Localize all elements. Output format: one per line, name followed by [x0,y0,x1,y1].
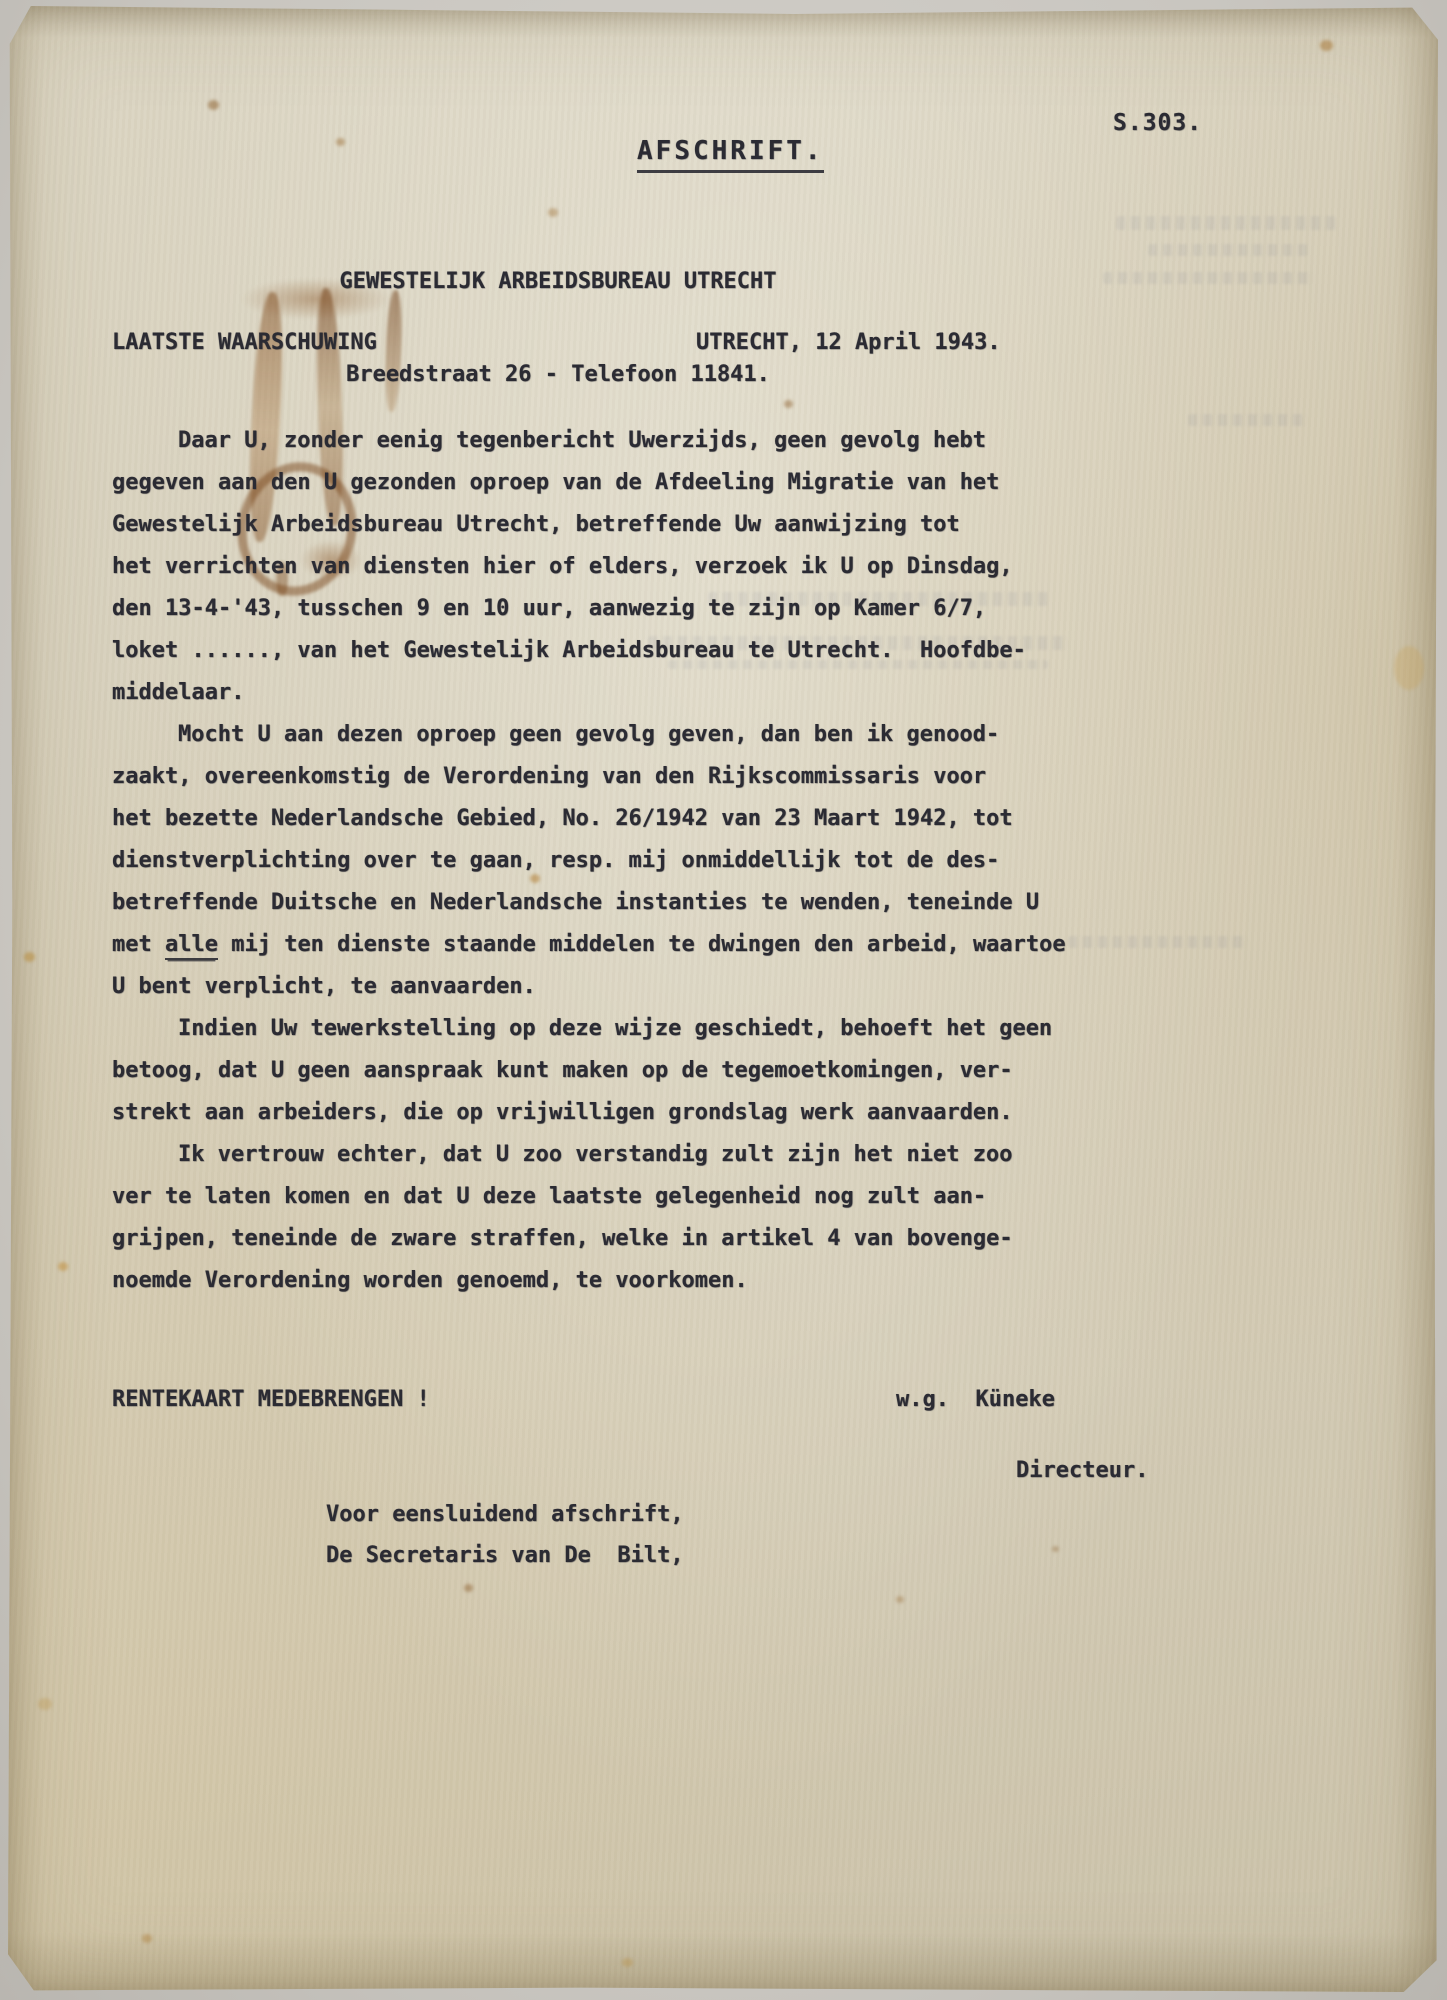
copy-label-text: AFSCHRIFT. [637,136,824,173]
text-line: Indien Uw tewerkstelling op deze wijze g… [112,1008,1066,1050]
text-segment: met [112,932,165,957]
paragraph-2: Mocht U aan dezen oproep geen gevolg gev… [112,714,1066,1008]
bleedthrough-artifact [1068,936,1248,948]
text-line: betreffende Duitsche en Nederlandsche in… [112,882,1066,924]
photo-of-letter: { "colors": { "paper": "#d6cfbc", "ink":… [0,0,1447,2000]
subject-line: LAATSTE WAARSCHUWING [112,322,377,364]
paper-sheet: AFSCHRIFT. S.303. GEWESTELIJK ARBEIDSBUR… [8,6,1438,1992]
text-line: Ik vertrouw echter, dat U zoo verstandig… [112,1134,1066,1176]
text-line: met alle mij ten dienste staande middele… [112,924,1066,966]
bleedthrough-artifact [1148,244,1308,256]
dateline: UTRECHT, 12 April 1943. [696,322,1001,364]
stain-spot [1320,40,1333,51]
stain-spot [896,1596,904,1603]
text-line: Daar U, zonder eenig tegenbericht Uwerzi… [112,420,1066,462]
certification-line: Voor eensluidend afschrift, [326,1494,684,1536]
stain-spot [1394,646,1424,690]
signatory-title: Directeur. [1016,1450,1148,1492]
text-line: U bent verplicht, te aanvaarden. [112,966,1066,1008]
org-name: GEWESTELIJK ARBEIDSBUREAU UTRECHT [298,266,818,297]
bleedthrough-artifact [1188,414,1308,426]
certification-line: De Secretaris van De Bilt, [326,1535,684,1577]
text-line: ver te laten komen en dat U deze laatste… [112,1176,1066,1218]
copy-label: AFSCHRIFT. [543,106,843,203]
underlined-word: alle [165,932,218,960]
text-line: Mocht U aan dezen oproep geen gevolg gev… [112,714,1066,756]
stain-spot [208,100,219,110]
text-segment: mij ten dienste staande middelen te dwin… [218,932,1066,957]
stain-spot [336,138,345,146]
text-line: loket ......, van het Gewestelijk Arbeid… [112,630,1066,672]
text-line: Gewestelijk Arbeidsbureau Utrecht, betre… [112,504,1066,546]
stain-spot [38,1698,52,1710]
paragraph-1: Daar U, zonder eenig tegenbericht Uwerzi… [112,420,1066,714]
bleedthrough-artifact [1116,216,1336,230]
reference-number: S.303. [1113,110,1202,136]
bring-note: RENTEKAART MEDEBRENGEN ! [112,1379,430,1421]
stain-spot [464,1584,473,1592]
text-line: strekt aan arbeiders, die op vrijwillige… [112,1092,1066,1134]
text-line: den 13-4-'43, tusschen 9 en 10 uur, aanw… [112,588,1066,630]
text-line: zaakt, overeenkomstig de Verordening van… [112,756,1066,798]
stain-spot [58,1262,68,1271]
text-line: grijpen, teneinde de zware straffen, wel… [112,1218,1066,1260]
text-line: betoog, dat U geen aanspraak kunt maken … [112,1050,1066,1092]
text-line: het verrichten van diensten hier of elde… [112,546,1066,588]
paragraph-3: Indien Uw tewerkstelling op deze wijze g… [112,1008,1066,1134]
text-line: het bezette Nederlandsche Gebied, No. 26… [112,798,1066,840]
letter-body: Daar U, zonder eenig tegenbericht Uwerzi… [112,420,1066,1302]
stain-spot [622,1958,633,1967]
paragraph-4: Ik vertrouw echter, dat U zoo verstandig… [112,1134,1066,1302]
stain-spot [142,1934,152,1943]
text-line: noemde Verordening worden genoemd, te vo… [112,1260,1066,1302]
bleedthrough-artifact [1103,272,1313,284]
text-line: gegeven aan den U gezonden oproep van de… [112,462,1066,504]
text-line: dienstverplichting over te gaan, resp. m… [112,840,1066,882]
stain-spot [1052,1546,1059,1552]
signature: w.g. Küneke [896,1379,1055,1421]
stain-spot [24,952,35,962]
text-line: middelaar. [112,672,1066,714]
